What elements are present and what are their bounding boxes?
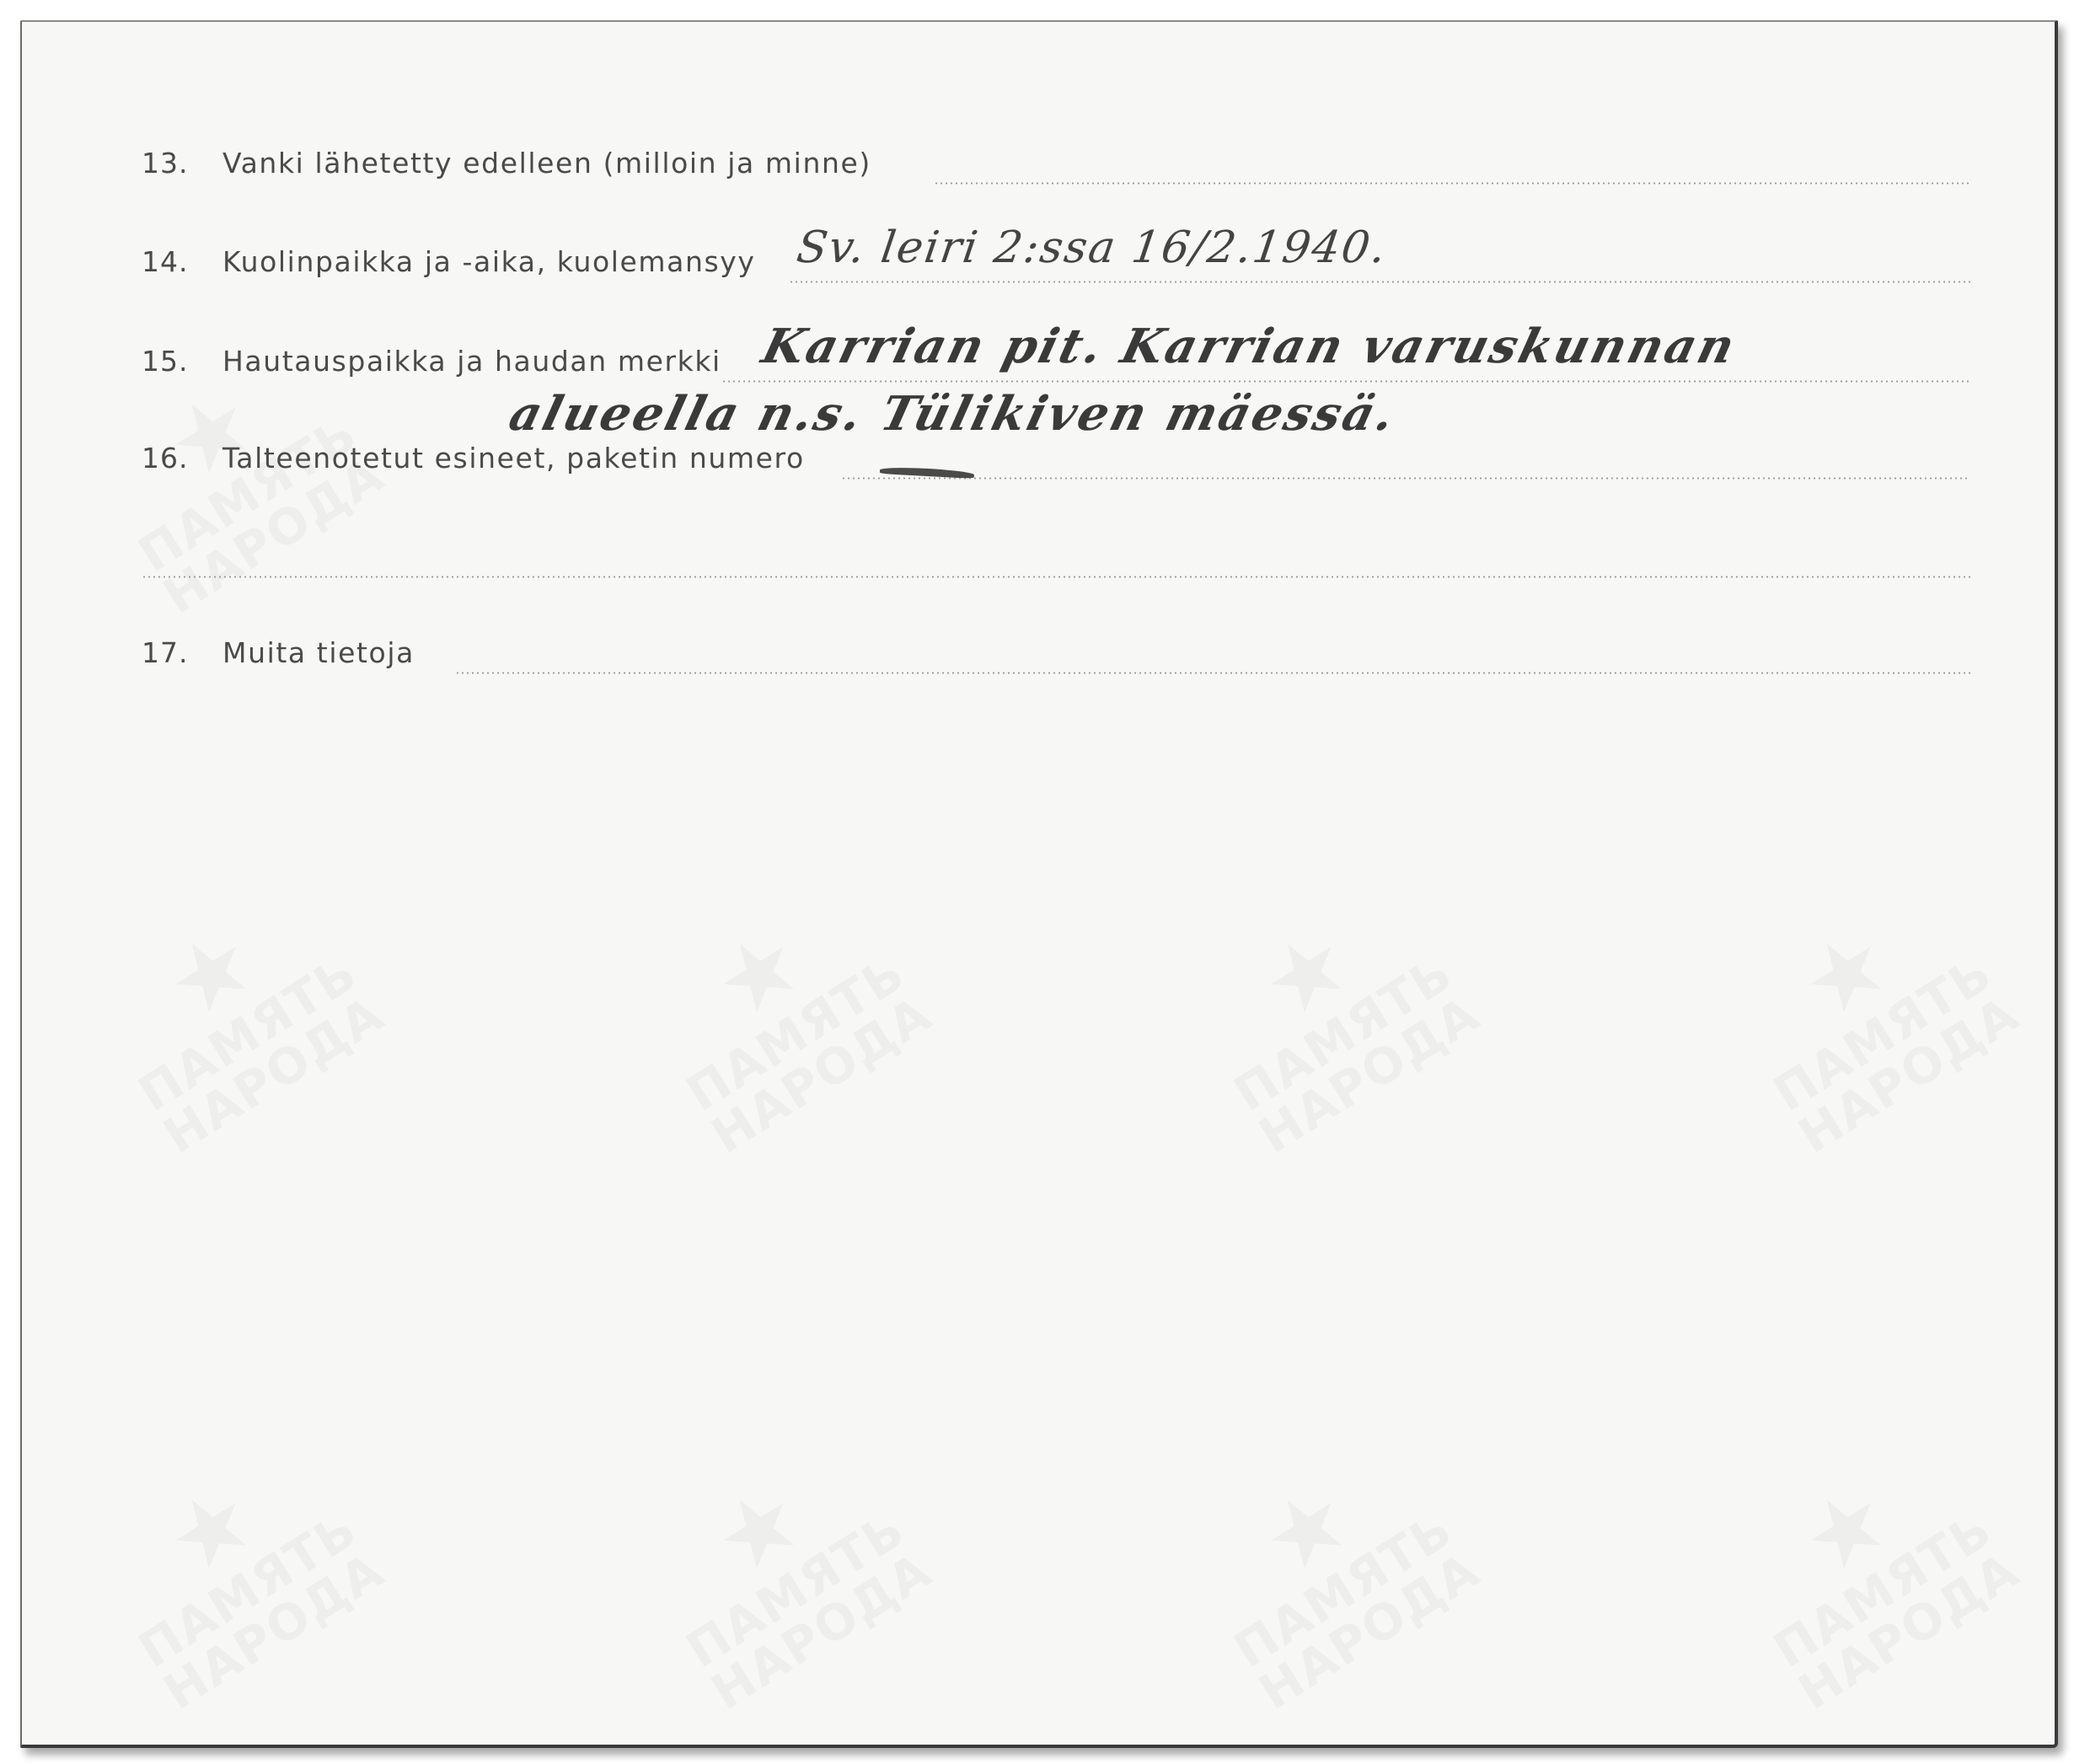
form-row-17: 17. Muita tietoja: [142, 624, 1970, 674]
fill-line: [721, 380, 1970, 383]
star-icon: ★: [1176, 868, 1435, 1078]
watermark: ★ ПАМЯТЬ НАРОДА: [81, 1424, 392, 1717]
watermark: ★ ПАМЯТЬ НАРОДА: [629, 868, 940, 1161]
watermark: ★ ПАМЯТЬ НАРОДА: [1716, 868, 2027, 1161]
field-label: Vanki lähetetty edelleen (milloin ja min…: [222, 147, 871, 180]
fill-line: [455, 672, 1970, 674]
fill-line: [841, 477, 1970, 480]
field-label: Muita tietoja: [222, 636, 415, 669]
star-icon: ★: [1176, 1424, 1435, 1634]
form-row-13: 13. Vanki lähetetty edelleen (milloin ja…: [142, 134, 1970, 185]
star-icon: ★: [81, 1424, 340, 1634]
field-label: Hautauspaikka ja haudan merkki: [222, 345, 721, 378]
form-row-16: 16. Talteenotetut esineet, paketin numer…: [142, 429, 1970, 480]
watermark: ★ ПАМЯТЬ НАРОДА: [81, 868, 392, 1161]
watermark: ★ ПАМЯТЬ НАРОДА: [629, 1424, 940, 1717]
fill-line: [934, 182, 1970, 185]
watermark: ★ ПАМЯТЬ НАРОДА: [1176, 868, 1487, 1161]
document-page: ★ ПАМЯТЬ НАРОДА ★ ПАМЯТЬ НАРОДА ★ ПАМЯТЬ…: [20, 20, 2058, 1748]
fill-line: [142, 576, 1970, 578]
star-icon: ★: [629, 868, 887, 1078]
handwritten-death-place-date: Sv. leiri 2:ssa 16/2.1940.: [794, 223, 1391, 273]
star-icon: ★: [629, 1424, 887, 1634]
item-number: 15.: [142, 345, 188, 378]
item-number: 17.: [142, 636, 188, 669]
fill-line: [789, 281, 1970, 283]
field-label: Kuolinpaikka ja -aika, kuolemansyy: [222, 245, 756, 278]
item-number: 14.: [142, 245, 188, 278]
star-icon: ★: [81, 868, 340, 1078]
form-row-16-continuation: [142, 528, 1970, 578]
handwritten-burial-place-line1: Karrian pit. Karrian varuskunnan: [757, 319, 1743, 374]
star-icon: ★: [1716, 868, 1975, 1078]
item-number: 13.: [142, 147, 188, 180]
star-icon: ★: [1716, 1424, 1975, 1634]
field-label: Talteenotetut esineet, paketin numero: [222, 442, 805, 475]
watermark: ★ ПАМЯТЬ НАРОДА: [1716, 1424, 2027, 1717]
watermark: ★ ПАМЯТЬ НАРОДА: [1176, 1424, 1487, 1717]
item-number: 16.: [142, 442, 188, 475]
